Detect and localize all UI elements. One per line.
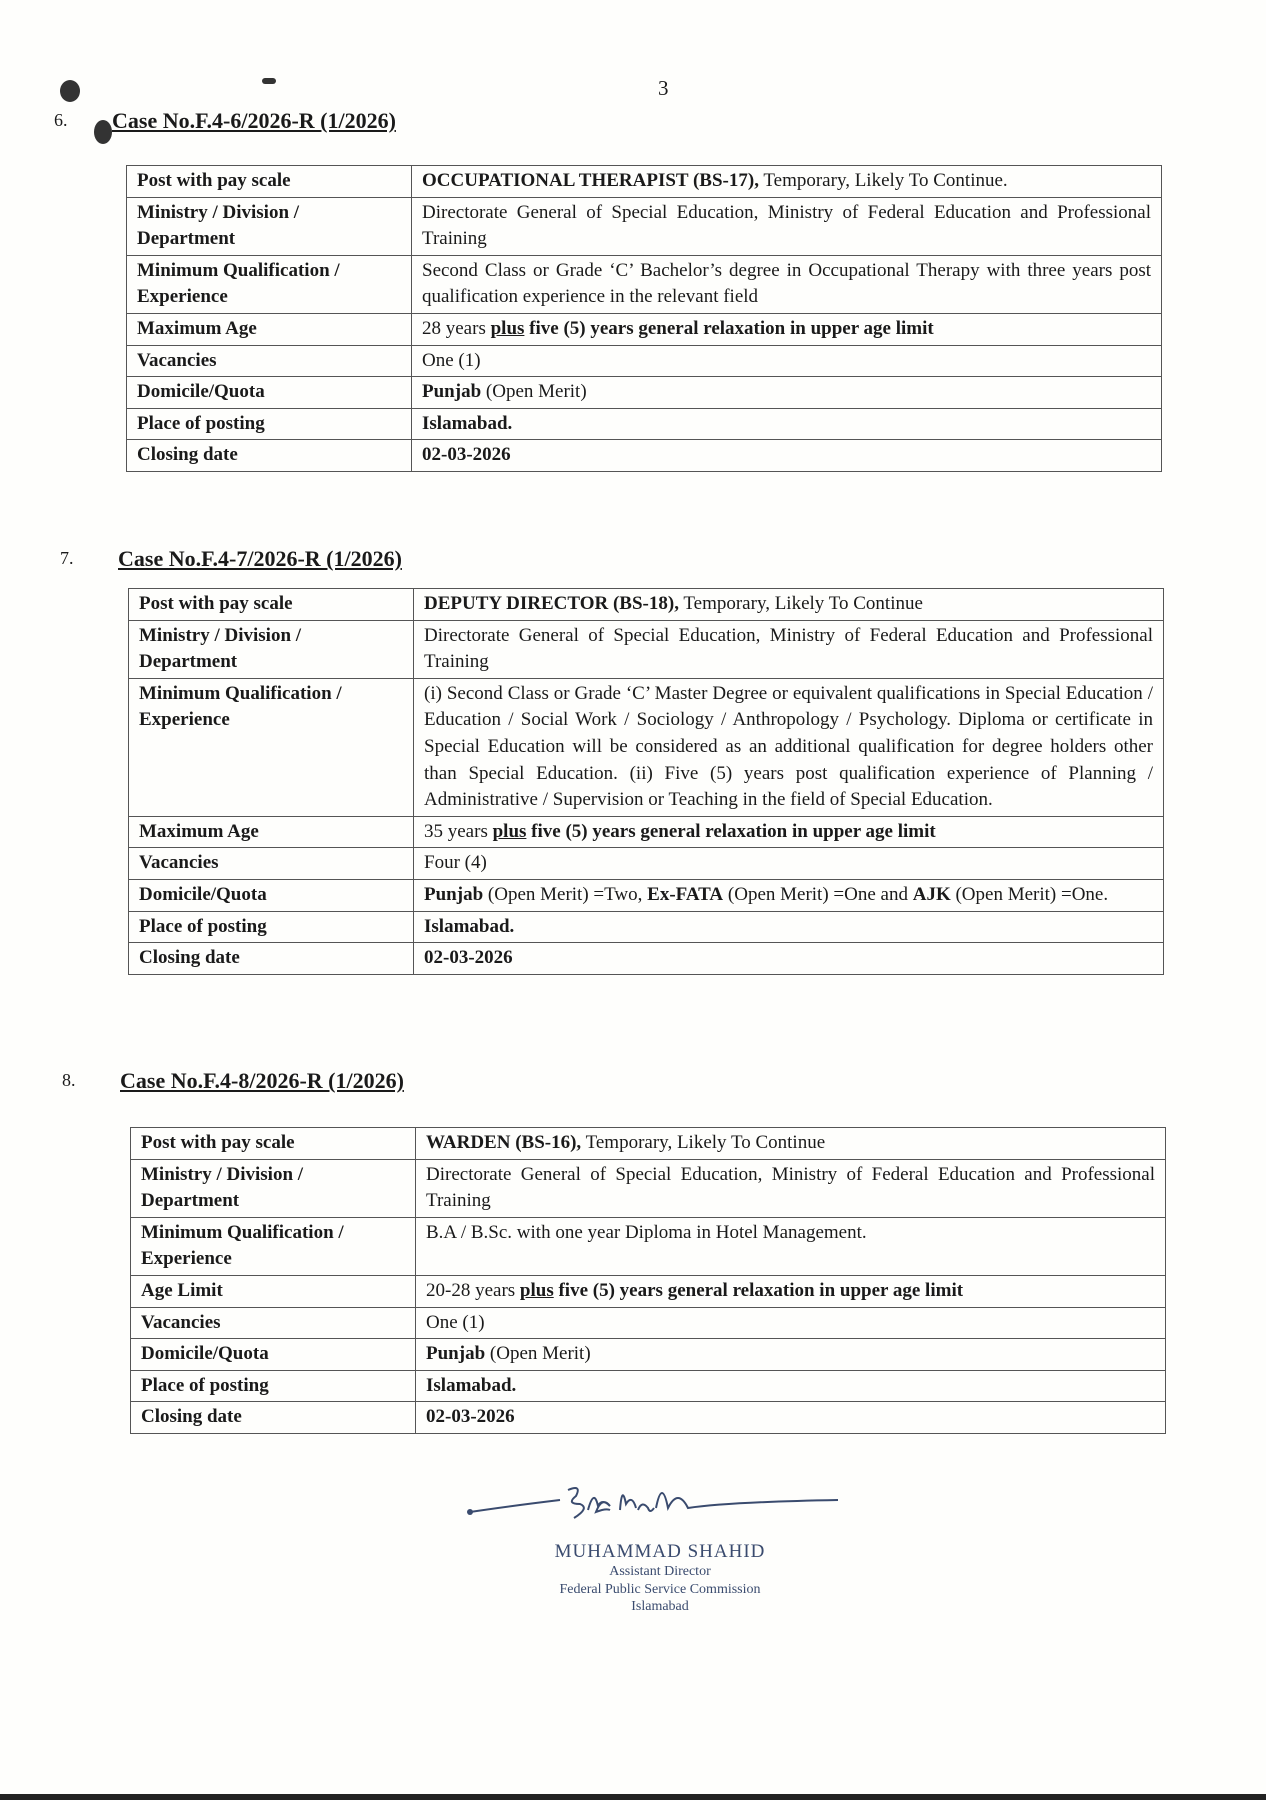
table-row: Maximum Age28 years plus five (5) years … bbox=[127, 313, 1162, 345]
value-segment: five (5) years general relaxation in upp… bbox=[524, 318, 933, 339]
field-value: One (1) bbox=[416, 1307, 1166, 1339]
value-segment: Punjab bbox=[424, 884, 483, 905]
value-segment: One (1) bbox=[426, 1312, 485, 1333]
signatory-designation: Assistant Director bbox=[440, 1563, 880, 1581]
value-segment: (Open Merit) bbox=[485, 1343, 591, 1364]
value-segment: Islamabad. bbox=[426, 1375, 516, 1396]
field-value: 28 years plus five (5) years general rel… bbox=[412, 313, 1162, 345]
table-row: Ministry / Division / DepartmentDirector… bbox=[129, 620, 1164, 678]
field-value: OCCUPATIONAL THERAPIST (BS-17), Temporar… bbox=[412, 166, 1162, 198]
value-segment: 02-03-2026 bbox=[422, 444, 511, 465]
value-segment: plus bbox=[493, 821, 527, 842]
table-row: Place of postingIslamabad. bbox=[131, 1370, 1166, 1402]
table-row: Place of postingIslamabad. bbox=[127, 408, 1162, 440]
table-row: Minimum Qualification / ExperienceSecond… bbox=[127, 255, 1162, 313]
value-segment: Second Class or Grade ‘C’ Bachelor’s deg… bbox=[422, 260, 1151, 308]
value-segment: Temporary, Likely To Continue. bbox=[759, 170, 1008, 191]
table-row: Post with pay scaleOCCUPATIONAL THERAPIS… bbox=[127, 166, 1162, 198]
field-value: Four (4) bbox=[414, 848, 1164, 880]
field-label: Place of posting bbox=[127, 408, 412, 440]
field-label: Vacancies bbox=[131, 1307, 416, 1339]
table-row: VacanciesOne (1) bbox=[127, 345, 1162, 377]
value-segment: OCCUPATIONAL THERAPIST (BS-17), bbox=[422, 170, 759, 191]
field-value: 02-03-2026 bbox=[414, 943, 1164, 975]
field-label: Closing date bbox=[127, 440, 412, 472]
field-value: Punjab (Open Merit) bbox=[416, 1339, 1166, 1371]
value-segment: One (1) bbox=[422, 350, 481, 371]
field-value: Directorate General of Special Education… bbox=[416, 1159, 1166, 1217]
value-segment: Temporary, Likely To Continue bbox=[679, 593, 923, 614]
table-row: Minimum Qualification / Experience(i) Se… bbox=[129, 678, 1164, 816]
value-segment: 35 years bbox=[424, 821, 493, 842]
value-segment: Islamabad. bbox=[424, 916, 514, 937]
value-segment: plus bbox=[520, 1280, 554, 1301]
field-label: Post with pay scale bbox=[131, 1128, 416, 1160]
field-value: Islamabad. bbox=[416, 1370, 1166, 1402]
table-row: Minimum Qualification / ExperienceB.A / … bbox=[131, 1217, 1166, 1275]
signature-icon bbox=[450, 1470, 870, 1530]
field-label: Ministry / Division / Department bbox=[129, 620, 414, 678]
value-segment: plus bbox=[491, 318, 525, 339]
case-number: 6. bbox=[54, 110, 68, 131]
scan-edge bbox=[0, 1794, 1266, 1800]
table-row: Post with pay scaleWARDEN (BS-16), Tempo… bbox=[131, 1128, 1166, 1160]
field-label: Minimum Qualification / Experience bbox=[131, 1217, 416, 1275]
field-label: Vacancies bbox=[127, 345, 412, 377]
table-row: Age Limit20-28 years plus five (5) years… bbox=[131, 1275, 1166, 1307]
value-segment: Directorate General of Special Education… bbox=[424, 625, 1153, 673]
field-label: Post with pay scale bbox=[129, 589, 414, 621]
value-segment: DEPUTY DIRECTOR (BS-18), bbox=[424, 593, 679, 614]
table-row: Post with pay scaleDEPUTY DIRECTOR (BS-1… bbox=[129, 589, 1164, 621]
field-label: Maximum Age bbox=[129, 816, 414, 848]
field-label: Maximum Age bbox=[127, 313, 412, 345]
field-value: 20-28 years plus five (5) years general … bbox=[416, 1275, 1166, 1307]
field-value: Directorate General of Special Education… bbox=[414, 620, 1164, 678]
value-segment: five (5) years general relaxation in upp… bbox=[554, 1280, 963, 1301]
table-row: Domicile/QuotaPunjab (Open Merit) bbox=[131, 1339, 1166, 1371]
page-number: 3 bbox=[658, 76, 669, 101]
value-segment: Four (4) bbox=[424, 852, 487, 873]
field-value: 35 years plus five (5) years general rel… bbox=[414, 816, 1164, 848]
field-value: Directorate General of Special Education… bbox=[412, 197, 1162, 255]
field-value: One (1) bbox=[412, 345, 1162, 377]
field-label: Ministry / Division / Department bbox=[131, 1159, 416, 1217]
field-value: Islamabad. bbox=[412, 408, 1162, 440]
value-segment: WARDEN (BS-16), bbox=[426, 1132, 581, 1153]
value-segment: 20-28 years bbox=[426, 1280, 520, 1301]
table-row: Closing date02-03-2026 bbox=[127, 440, 1162, 472]
field-label: Place of posting bbox=[131, 1370, 416, 1402]
table-row: Domicile/QuotaPunjab (Open Merit) bbox=[127, 377, 1162, 409]
table-row: Domicile/QuotaPunjab (Open Merit) =Two, … bbox=[129, 879, 1164, 911]
table-row: VacanciesFour (4) bbox=[129, 848, 1164, 880]
field-label: Ministry / Division / Department bbox=[127, 197, 412, 255]
value-segment: B.A / B.Sc. with one year Diploma in Hot… bbox=[426, 1222, 867, 1243]
value-segment: Directorate General of Special Education… bbox=[426, 1164, 1155, 1212]
table-row: Ministry / Division / DepartmentDirector… bbox=[127, 197, 1162, 255]
value-segment: Ex-FATA bbox=[647, 884, 723, 905]
field-value: DEPUTY DIRECTOR (BS-18), Temporary, Like… bbox=[414, 589, 1164, 621]
field-label: Vacancies bbox=[129, 848, 414, 880]
value-segment: (Open Merit) =One and bbox=[723, 884, 913, 905]
field-label: Minimum Qualification / Experience bbox=[129, 678, 414, 816]
value-segment: Punjab bbox=[422, 381, 481, 402]
table-row: Closing date02-03-2026 bbox=[129, 943, 1164, 975]
case-table-7: Post with pay scaleDEPUTY DIRECTOR (BS-1… bbox=[128, 588, 1164, 975]
field-value: Islamabad. bbox=[414, 911, 1164, 943]
case-table-6: Post with pay scaleOCCUPATIONAL THERAPIS… bbox=[126, 165, 1162, 472]
field-label: Closing date bbox=[131, 1402, 416, 1434]
field-label: Closing date bbox=[129, 943, 414, 975]
table-row: Place of postingIslamabad. bbox=[129, 911, 1164, 943]
value-segment: five (5) years general relaxation in upp… bbox=[526, 821, 935, 842]
table-row: Maximum Age35 years plus five (5) years … bbox=[129, 816, 1164, 848]
value-segment: Temporary, Likely To Continue bbox=[581, 1132, 825, 1153]
value-segment: Punjab bbox=[426, 1343, 485, 1364]
value-segment: 02-03-2026 bbox=[424, 947, 513, 968]
value-segment: Directorate General of Special Education… bbox=[422, 202, 1151, 250]
signatory-name: MUHAMMAD SHAHID bbox=[440, 1541, 880, 1563]
field-label: Domicile/Quota bbox=[129, 879, 414, 911]
field-label: Minimum Qualification / Experience bbox=[127, 255, 412, 313]
field-value: Punjab (Open Merit) bbox=[412, 377, 1162, 409]
field-value: (i) Second Class or Grade ‘C’ Master Deg… bbox=[414, 678, 1164, 816]
field-label: Post with pay scale bbox=[127, 166, 412, 198]
case-title: Case No.F.4-8/2026-R (1/2026) bbox=[120, 1068, 404, 1094]
case-table-8: Post with pay scaleWARDEN (BS-16), Tempo… bbox=[130, 1127, 1166, 1434]
table-row: VacanciesOne (1) bbox=[131, 1307, 1166, 1339]
field-label: Domicile/Quota bbox=[131, 1339, 416, 1371]
value-segment: 02-03-2026 bbox=[426, 1406, 515, 1427]
field-value: Punjab (Open Merit) =Two, Ex-FATA (Open … bbox=[414, 879, 1164, 911]
value-segment: (Open Merit) =One. bbox=[951, 884, 1108, 905]
value-segment: (Open Merit) bbox=[481, 381, 587, 402]
case-title: Case No.F.4-6/2026-R (1/2026) bbox=[112, 108, 396, 134]
table-row: Closing date02-03-2026 bbox=[131, 1402, 1166, 1434]
field-value: Second Class or Grade ‘C’ Bachelor’s deg… bbox=[412, 255, 1162, 313]
case-number: 8. bbox=[62, 1070, 76, 1091]
value-segment: 28 years bbox=[422, 318, 491, 339]
signatory-organization: Federal Public Service Commission bbox=[440, 1581, 880, 1599]
field-label: Place of posting bbox=[129, 911, 414, 943]
field-value: 02-03-2026 bbox=[412, 440, 1162, 472]
field-value: B.A / B.Sc. with one year Diploma in Hot… bbox=[416, 1217, 1166, 1275]
table-row: Ministry / Division / DepartmentDirector… bbox=[131, 1159, 1166, 1217]
signatory-city: Islamabad bbox=[440, 1598, 880, 1616]
value-segment: (i) Second Class or Grade ‘C’ Master Deg… bbox=[424, 683, 1153, 810]
field-label: Domicile/Quota bbox=[127, 377, 412, 409]
value-segment: AJK bbox=[913, 884, 951, 905]
case-number: 7. bbox=[60, 548, 74, 569]
value-segment: (Open Merit) =Two, bbox=[483, 884, 647, 905]
field-label: Age Limit bbox=[131, 1275, 416, 1307]
field-value: WARDEN (BS-16), Temporary, Likely To Con… bbox=[416, 1128, 1166, 1160]
ink-mark bbox=[262, 78, 276, 84]
field-value: 02-03-2026 bbox=[416, 1402, 1166, 1434]
case-title: Case No.F.4-7/2026-R (1/2026) bbox=[118, 546, 402, 572]
punch-hole-mark bbox=[60, 80, 80, 102]
punch-hole-mark bbox=[94, 120, 112, 144]
signature-block: MUHAMMAD SHAHID Assistant Director Feder… bbox=[440, 1470, 880, 1616]
value-segment: Islamabad. bbox=[422, 413, 512, 434]
